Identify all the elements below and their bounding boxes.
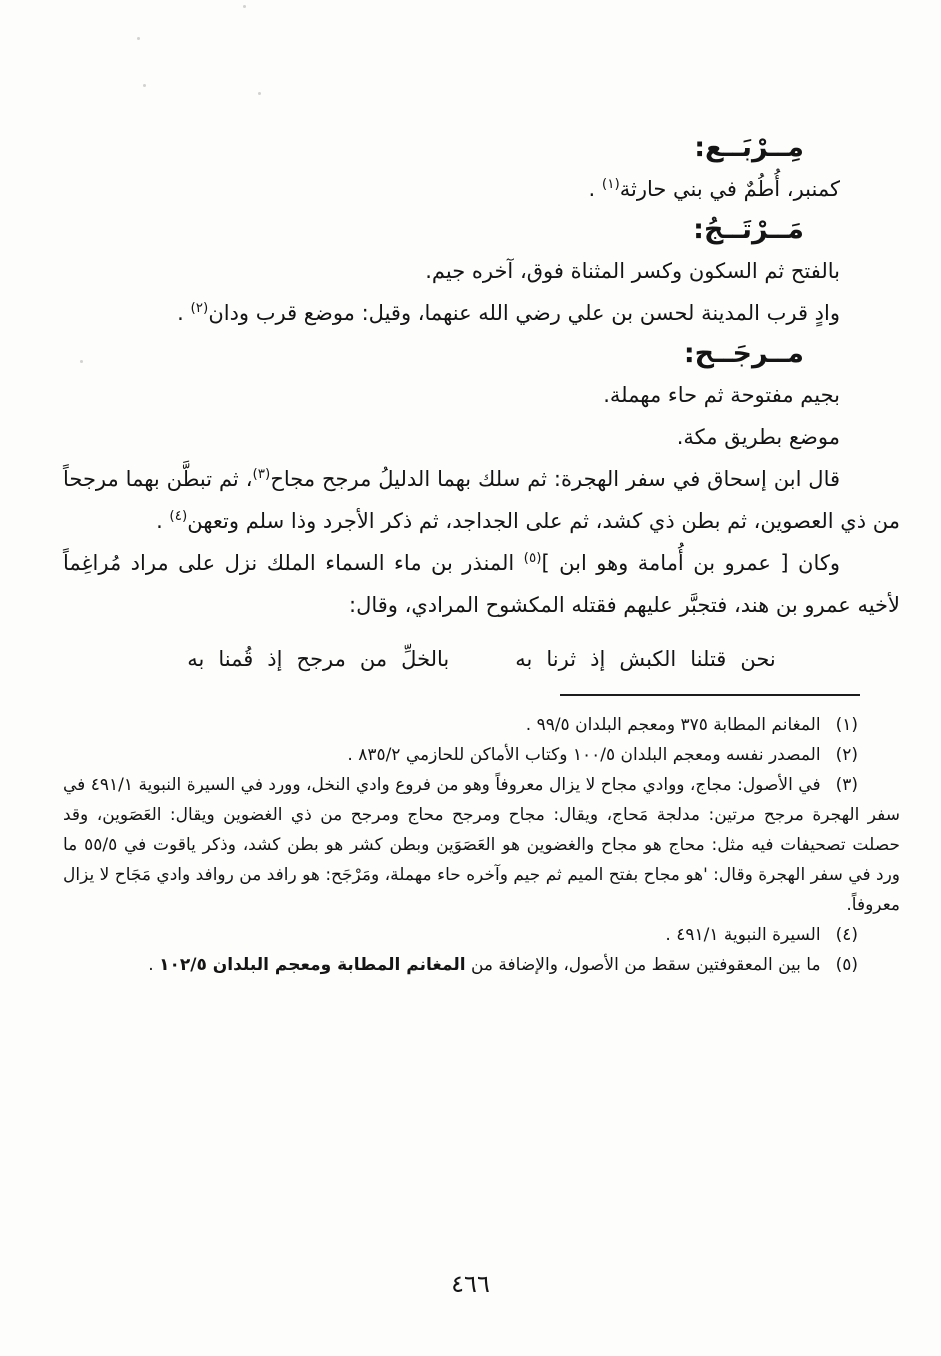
text-segment: .	[156, 509, 169, 533]
footnote-ref: (٥)	[524, 550, 542, 566]
footnote-ref: (١)	[602, 176, 620, 192]
footnote-ref: (٢)	[190, 300, 208, 316]
footnote-number: (٢)	[836, 745, 858, 765]
text-segment: وادٍ قرب المدينة لحسن بن علي رضي الله عن…	[208, 301, 840, 325]
footnote-ref: (٣)	[252, 466, 270, 482]
footnote-text: السيرة النبوية ٤٩١/١ .	[665, 925, 820, 945]
footnote-number: (٤)	[836, 925, 858, 945]
entry-mirba: مِــرْبَــع: كمنبر، أُطُمٌ في بني حارثة(…	[63, 128, 900, 210]
text-segment: المغانم المطابة ومعجم البلدان ١٠٢/٥	[159, 955, 465, 975]
entry-paragraph: بجيم مفتوحة ثم حاء مهملة.	[63, 374, 900, 416]
footnotes-section: (١)المغانم المطابة ٣٧٥ ومعجم البلدان ٩٩/…	[63, 710, 900, 980]
entry-martaj: مَــرْتَــجُ: بالفتح ثم السكون وكسر المث…	[63, 210, 900, 334]
text-segment: وكان [ عمرو بن أُمامة وهو ابن ]	[541, 551, 840, 575]
text-segment: المغانم المطابة ٣٧٥ ومعجم البلدان ٩٩/٥ .	[526, 715, 821, 735]
scan-speck	[80, 360, 83, 363]
text-segment: .	[589, 177, 602, 201]
entry-marjah: مــرجَــح: بجيم مفتوحة ثم حاء مهملة. موض…	[63, 334, 900, 626]
entry-paragraph: قال ابن إسحاق في سفر الهجرة: ثم سلك بهما…	[63, 458, 900, 542]
scan-speck	[258, 92, 261, 95]
entry-term: مــرجَــح:	[63, 334, 900, 374]
footnote-number: (١)	[836, 715, 858, 735]
text-segment: .	[177, 301, 190, 325]
entry-term: مِــرْبَــع:	[63, 128, 900, 168]
text-segment: السيرة النبوية ٤٩١/١ .	[665, 925, 820, 945]
footnote-text: المصدر نفسه ومعجم البلدان ١٠٠/٥ وكتاب ال…	[347, 745, 820, 765]
footnote: (٣)في الأصول: مجاج، ووادي مجاح لا يزال م…	[63, 770, 900, 920]
entry-paragraph: وكان [ عمرو بن أُمامة وهو ابن ](٥) المنذ…	[63, 542, 900, 626]
footnote-number: (٥)	[836, 955, 858, 975]
text-segment: في الأصول: مجاج، ووادي مجاح لا يزال معرو…	[63, 775, 900, 915]
page-number: ٤٦٦	[0, 1270, 941, 1298]
entry-paragraph: كمنبر، أُطُمٌ في بني حارثة(١) .	[63, 168, 900, 210]
text-segment: ما بين المعقوفتين سقط من الأصول، والإضاف…	[466, 955, 821, 975]
text-segment: موضع بطريق مكة.	[677, 425, 840, 449]
entry-paragraph: وادٍ قرب المدينة لحسن بن علي رضي الله عن…	[63, 292, 900, 334]
entry-term: مَــرْتَــجُ:	[63, 210, 900, 250]
scan-speck	[243, 5, 246, 8]
text-segment: بالفتح ثم السكون وكسر المثناة فوق، آخره …	[425, 259, 840, 283]
text-segment: المصدر نفسه ومعجم البلدان ١٠٠/٥ وكتاب ال…	[347, 745, 820, 765]
entry-paragraph: موضع بطريق مكة.	[63, 416, 900, 458]
footnote-ref: (٤)	[169, 508, 187, 524]
page-content: مِــرْبَــع: كمنبر، أُطُمٌ في بني حارثة(…	[0, 0, 941, 980]
footnote-text: المغانم المطابة ٣٧٥ ومعجم البلدان ٩٩/٥ .	[526, 715, 821, 735]
text-segment: قال ابن إسحاق في سفر الهجرة: ثم سلك بهما…	[270, 467, 840, 491]
footnote: (٤)السيرة النبوية ٤٩١/١ .	[63, 920, 900, 950]
verse-hemistich-second: بالخلِّ من مرجح إذ قُمنا به	[187, 642, 449, 676]
scan-speck	[137, 37, 140, 40]
footnote: (١)المغانم المطابة ٣٧٥ ومعجم البلدان ٩٩/…	[63, 710, 900, 740]
footnote: (٢)المصدر نفسه ومعجم البلدان ١٠٠/٥ وكتاب…	[63, 740, 900, 770]
footnote: (٥)ما بين المعقوفتين سقط من الأصول، والإ…	[63, 950, 900, 980]
verse-hemistich-first: نحن قتلنا الكبش إذ ثرنا به	[515, 642, 775, 676]
footnote-number: (٣)	[836, 775, 858, 795]
text-segment: بجيم مفتوحة ثم حاء مهملة.	[603, 383, 840, 407]
footnote-text: في الأصول: مجاج، ووادي مجاح لا يزال معرو…	[63, 775, 900, 915]
text-segment: كمنبر، أُطُمٌ في بني حارثة	[620, 177, 840, 201]
entry-paragraph: بالفتح ثم السكون وكسر المثناة فوق، آخره …	[63, 250, 900, 292]
text-segment: .	[148, 955, 159, 975]
footnote-text: ما بين المعقوفتين سقط من الأصول، والإضاف…	[148, 955, 820, 975]
footnote-separator	[560, 694, 860, 696]
scan-speck	[143, 84, 146, 87]
poetry-verse: نحن قتلنا الكبش إذ ثرنا به بالخلِّ من مر…	[63, 642, 900, 676]
book-page: مِــرْبَــع: كمنبر، أُطُمٌ في بني حارثة(…	[0, 0, 941, 1356]
